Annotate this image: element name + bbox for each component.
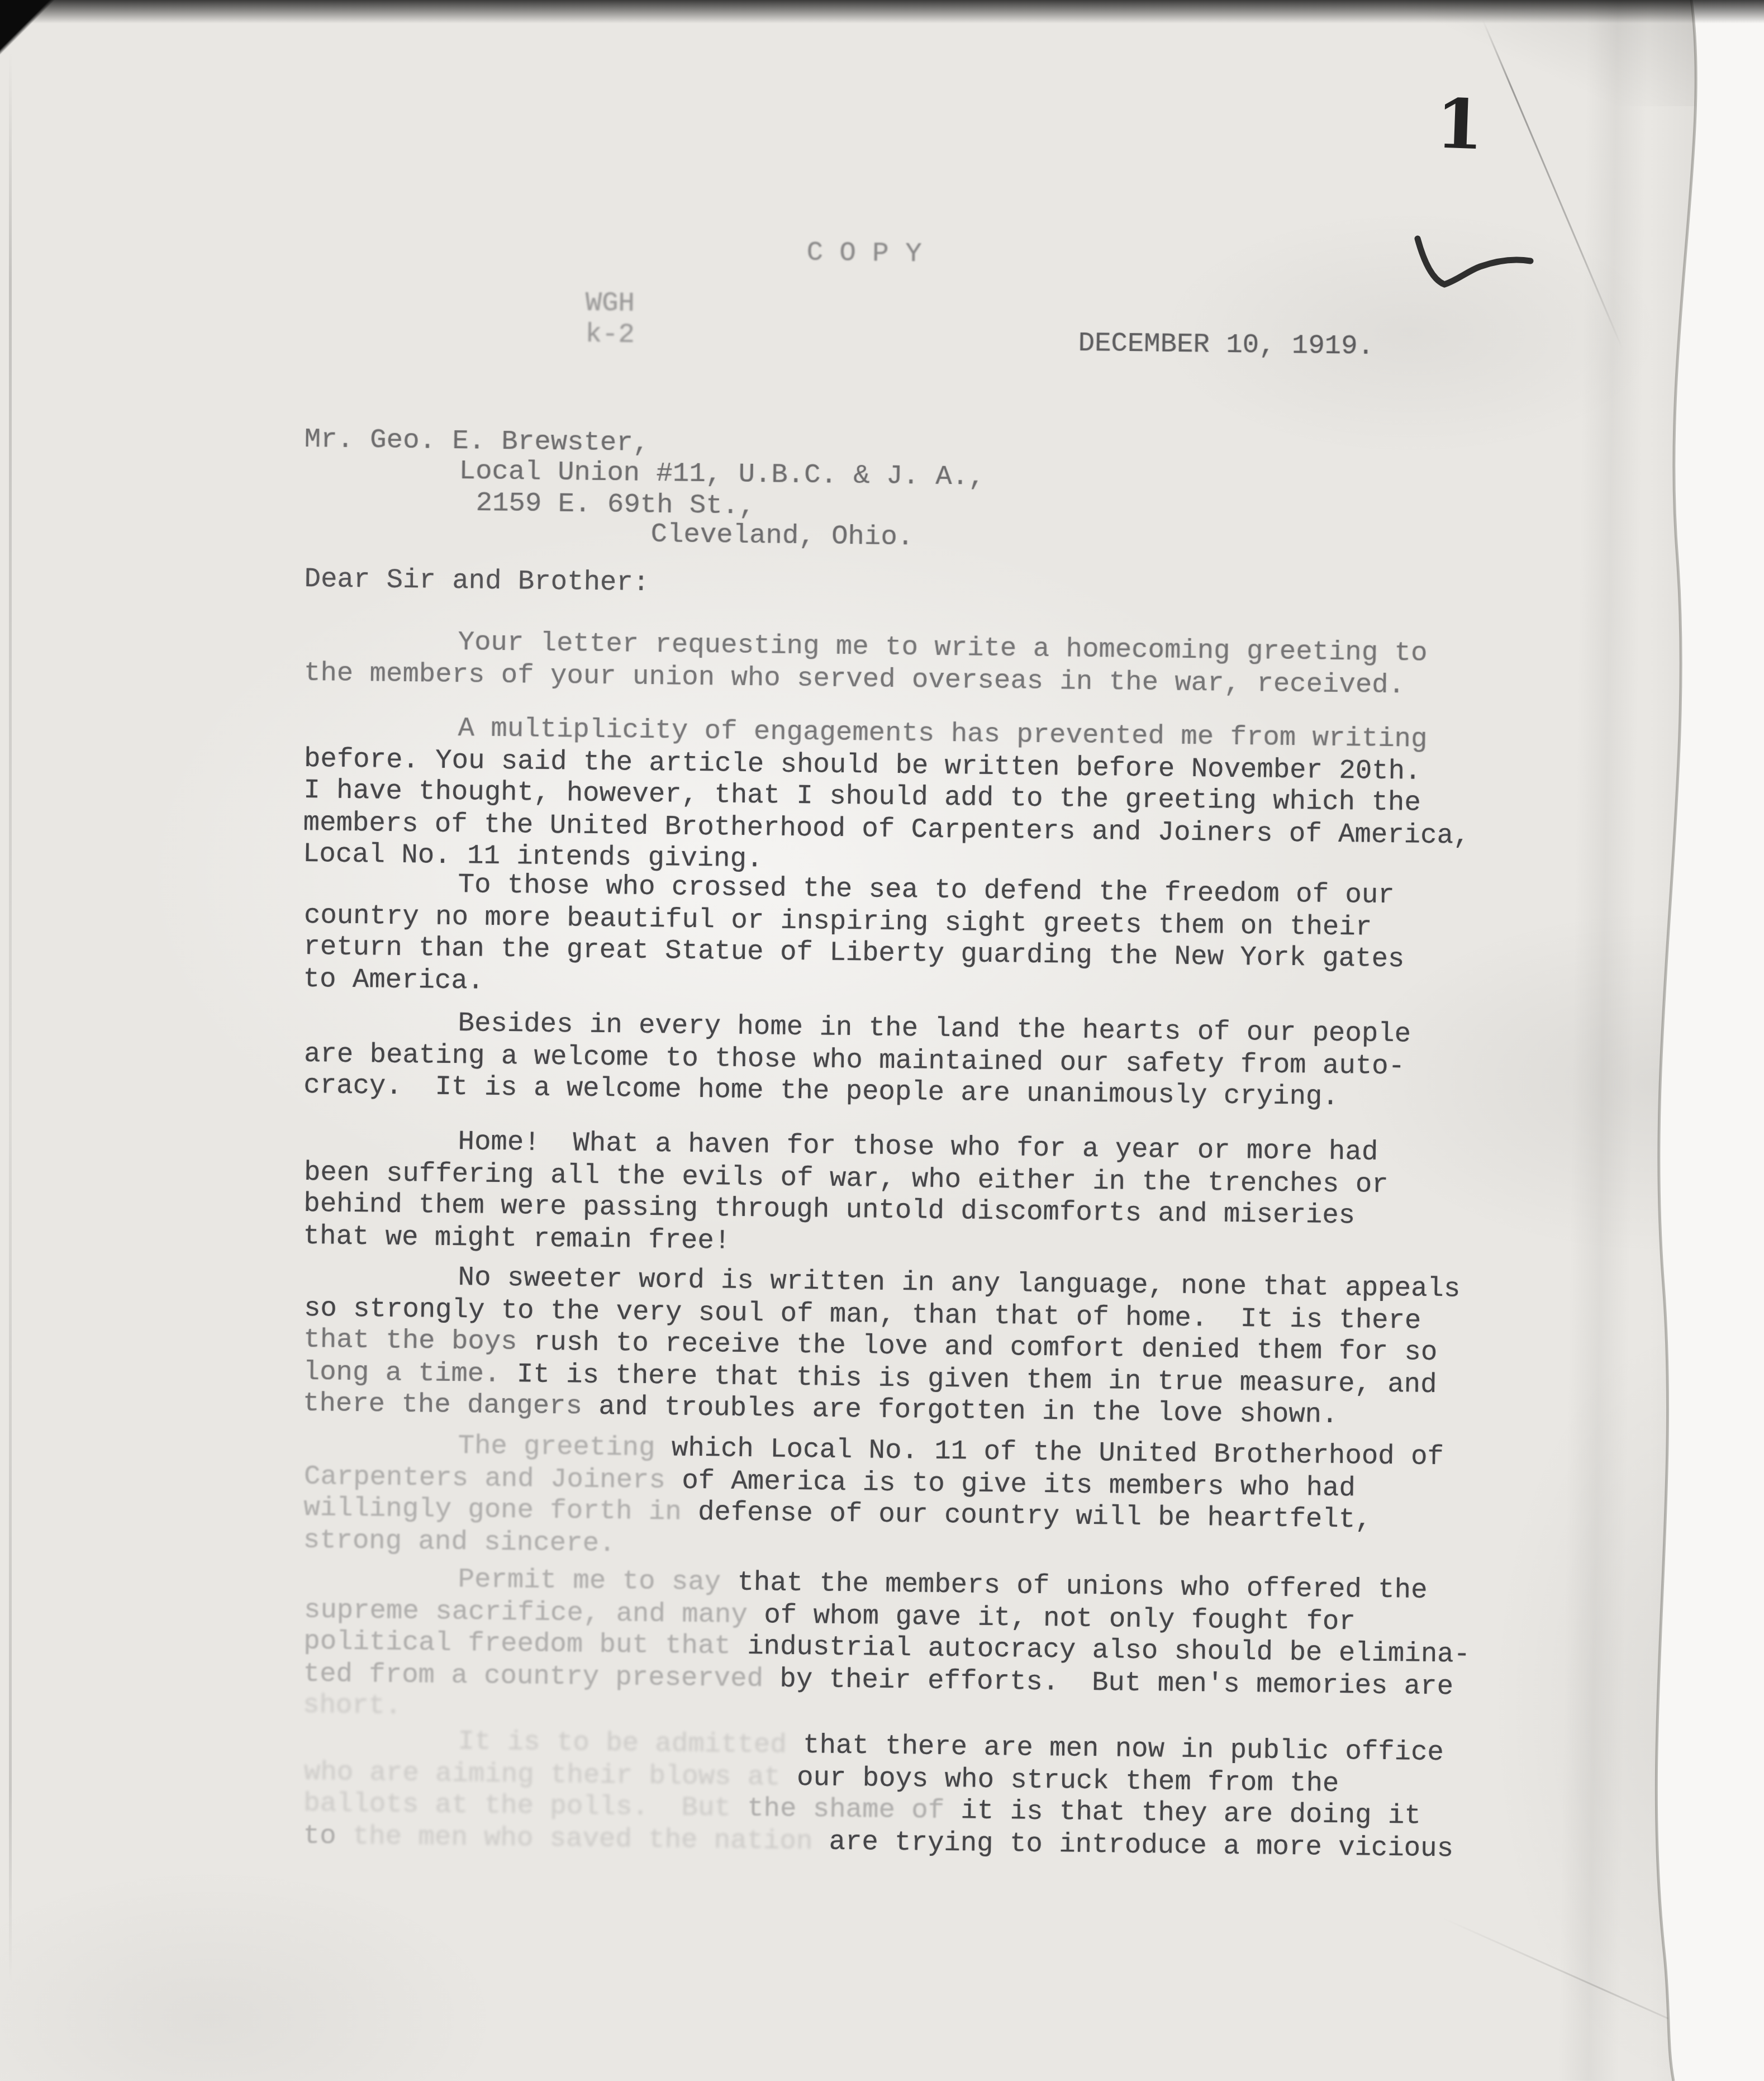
text-segment: that the boys: [303, 1324, 517, 1357]
text-segment: ballots at the polls. But: [303, 1788, 748, 1824]
text-segment: The greeting: [458, 1430, 672, 1464]
text-segment: supreme sacrifice, and many: [304, 1594, 764, 1631]
letter-paragraph: It is to be admitted that there are men …: [303, 1724, 1656, 1866]
text-segment: political freedom but that: [303, 1626, 748, 1662]
text-segment: Permit me to say: [458, 1564, 737, 1598]
text-segment: that there are men now in public office: [803, 1730, 1444, 1768]
text-segment: Carpenters and Joiners: [304, 1461, 682, 1496]
letter-paragraph: Besides in every home in the land the he…: [303, 1006, 1657, 1116]
text-segment: long a time.: [303, 1356, 517, 1390]
letter-paragraph: To those who crossed the sea to defend t…: [303, 867, 1656, 1010]
text-segment: it is that they are doing it: [961, 1795, 1421, 1831]
text-segment: that we might remain free!: [303, 1220, 730, 1257]
text-segment: to America.: [303, 963, 484, 997]
letter-text-layer: C O P Y WGH k-2 DECEMBER 10, 1919. Dear …: [0, 0, 1764, 2081]
letter-paragraph: Your letter requesting me to write a hom…: [304, 625, 1657, 704]
text-segment: short.: [303, 1689, 402, 1722]
text-segment: to: [303, 1820, 353, 1852]
text-segment: It is to be admitted: [458, 1726, 803, 1761]
date-line: DECEMBER 10, 1919.: [1078, 327, 1374, 363]
text-segment: willingly gone forth in: [303, 1492, 698, 1528]
letter-paragraph: Home! What a haven for those who for a y…: [303, 1124, 1656, 1267]
recipient-line: Mr. Geo. E. Brewster,: [304, 424, 649, 459]
text-segment: are trying to introduce a more vicious: [829, 1826, 1453, 1865]
recipient-line: 2159 E. 69th St.,: [476, 487, 755, 522]
recipient-line: Cleveland, Ohio.: [650, 519, 914, 553]
typist-initials-line2: k-2: [585, 319, 635, 351]
text-segment: strong and sincere.: [303, 1524, 615, 1559]
text-segment: the shame of: [747, 1793, 961, 1826]
text-segment: ted from a country preserved: [303, 1658, 779, 1695]
letter-paragraph: A multiplicity of engagements has preven…: [303, 711, 1657, 885]
text-segment: the men who saved the nation: [353, 1821, 829, 1857]
text-segment: who are aiming their blows at: [304, 1756, 797, 1793]
text-segment: there the dangers: [303, 1388, 599, 1422]
letter-paragraph: Permit me to say that the members of uni…: [303, 1562, 1657, 1736]
letter-paragraph: The greeting which Local No. 11 of the U…: [303, 1428, 1656, 1571]
copy-label: C O P Y: [806, 237, 921, 270]
salutation: Dear Sir and Brother:: [304, 563, 649, 599]
typist-initials-line1: WGH: [585, 287, 635, 320]
letter-paragraph: No sweeter word is written in any langua…: [303, 1260, 1657, 1434]
scanned-letter-page: 1 C O P Y WGH k-2 DECEMBER 10, 1919. Dea…: [0, 0, 1764, 2081]
